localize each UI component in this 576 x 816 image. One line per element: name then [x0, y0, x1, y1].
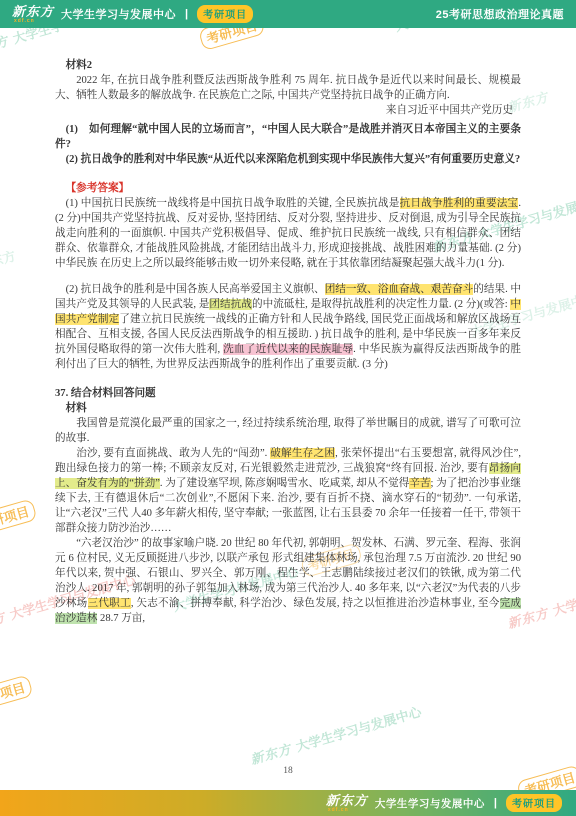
header-center-text: 大学生学习与发展中心 [61, 6, 176, 22]
brand-lockup: 新东方 xdf.cn 大学生学习与发展中心 | 考研项目 [12, 5, 253, 24]
watermark-logo: 新东方 [0, 606, 8, 636]
header-title: 25考研思想政治理论真题 [436, 6, 564, 22]
question-1: (1) 如何理解“就中国人民的立场而言”，“中国人民大联合”是战胜并消灭日本帝国… [55, 122, 521, 152]
xdf-logo-subtext: xdf.cn [326, 808, 368, 813]
highlighted-text: 破解生存之困 [270, 448, 335, 459]
header-divider: | [185, 8, 188, 20]
highlighted-text: 团结一致、浴血奋战、艰苦奋斗 [325, 284, 474, 295]
highlighted-text: 团结抗战 [209, 299, 252, 310]
text-segment: (1) 中国抗日民族统一战线将是中国抗日战争取胜的关键, 全民族抗战是 [66, 198, 400, 209]
text-segment: , 矢志不渝、拼搏奉献, 科学治沙、绿色发展, 持之以恒推进治沙造林事业, 至今 [131, 598, 500, 609]
watermark-text: 大学生学习与发展中心 [550, 565, 576, 619]
answer-1-paragraph: (1) 中国抗日民族统一战线将是中国抗日战争取胜的关键, 全民族抗战是抗日战争胜… [55, 196, 521, 271]
xdf-logo-footer: 新东方 xdf.cn [326, 794, 368, 813]
document-content: 材料2 2022 年, 在抗日战争胜利暨反法西斯战争胜利 75 周年. 抗日战争… [55, 58, 521, 626]
text-segment: 治沙, 要有直面挑战、敢为人先的“闯劲”. [76, 448, 270, 459]
highlighted-text: 抗日战争胜利的重要法宝 [400, 198, 519, 209]
header-bar: 新东方 xdf.cn 大学生学习与发展中心 | 考研项目 25考研思想政治理论真… [0, 0, 576, 28]
answer-2-paragraph: (2) 抗日战争的胜利是中国各族人民高举爱国主义旗帜、团结一致、浴血奋战、艰苦奋… [55, 282, 521, 372]
watermark-text: 大学生学习与发展中心 [293, 701, 423, 755]
document-page: 新东方 xdf.cn 大学生学习与发展中心 | 考研项目 25考研思想政治理论真… [0, 0, 576, 816]
watermark-badge: 考研项目 [0, 498, 38, 537]
highlighted-text: 辛苦 [409, 478, 430, 489]
xdf-logo-text: 新东方 [12, 5, 54, 18]
watermark: 考研项目 [0, 498, 38, 537]
page-number: 18 [0, 766, 576, 776]
highlighted-text: 三代职工 [88, 598, 131, 609]
xdf-logo-subtext: xdf.cn [12, 19, 54, 24]
source-attribution: 来自习近平中国共产党历史 [55, 103, 521, 118]
watermark: 考研项目 [0, 674, 34, 713]
watermark-logo: 新东方 [0, 245, 18, 274]
material-paragraph-2: 治沙, 要有直面挑战、敢为人先的“闯劲”. 破解生存之困, 张荣怀提出“右玉要想… [55, 446, 521, 536]
material-paragraph-1: 我国曾是荒漠化最严重的国家之一, 经过持续系统治理, 取得了举世瞩目的成就, 谱… [55, 416, 521, 446]
watermark: 新东方 大学生学习与发展中心 [248, 701, 423, 768]
watermark-badge: 考研项目 [0, 674, 34, 713]
xdf-logo-text: 新东方 [326, 794, 368, 807]
question-37-heading: 37. 结合材料回答问题 [55, 386, 521, 401]
text-segment: (2) 抗日战争的胜利是中国各族人民高举爱国主义旗帜、 [66, 284, 325, 295]
kaoyan-project-badge: 考研项目 [197, 5, 253, 23]
material2-heading: 材料2 [55, 58, 521, 73]
text-segment: . 为了建设塞罕坝, 陈彦娴喝雪水、吃咸菜, 却从不觉得 [160, 478, 409, 489]
material-paragraph-3: “六老汉治沙” 的故事家喻户晓. 20 世纪 80 年代初, 郭朝明、贺发林、石… [55, 536, 521, 626]
reference-answer-heading: 【参考答案】 [55, 181, 521, 196]
xdf-logo: 新东方 xdf.cn [12, 5, 54, 24]
question-2: (2) 抗日战争的胜利对中华民族“从近代以来深陷危机到实现中华民族伟大复兴”有何… [55, 152, 521, 167]
kaoyan-project-badge-footer: 考研项目 [506, 794, 562, 812]
highlighted-text: 洗血了近代以来的民族耻辱 [223, 344, 353, 355]
footer-bar: 新东方 xdf.cn 大学生学习与发展中心 | 考研项目 [0, 790, 576, 816]
footer-center-text: 大学生学习与发展中心 [375, 796, 485, 811]
watermark-logo: 新东方 [0, 30, 11, 60]
watermark: 新东方 [0, 245, 18, 274]
footer-divider: | [494, 797, 497, 809]
watermark-logo: 新东方 [248, 738, 294, 768]
material-heading: 材料 [55, 401, 521, 416]
text-segment: 28.7 万亩, [97, 613, 145, 624]
text-segment: 的中流砥柱, 是取得抗战胜利的决定性力量. (2 分)(或答: [252, 299, 510, 310]
material2-paragraph: 2022 年, 在抗日战争胜利暨反法西斯战争胜利 75 周年. 抗日战争是近代以… [55, 73, 521, 103]
